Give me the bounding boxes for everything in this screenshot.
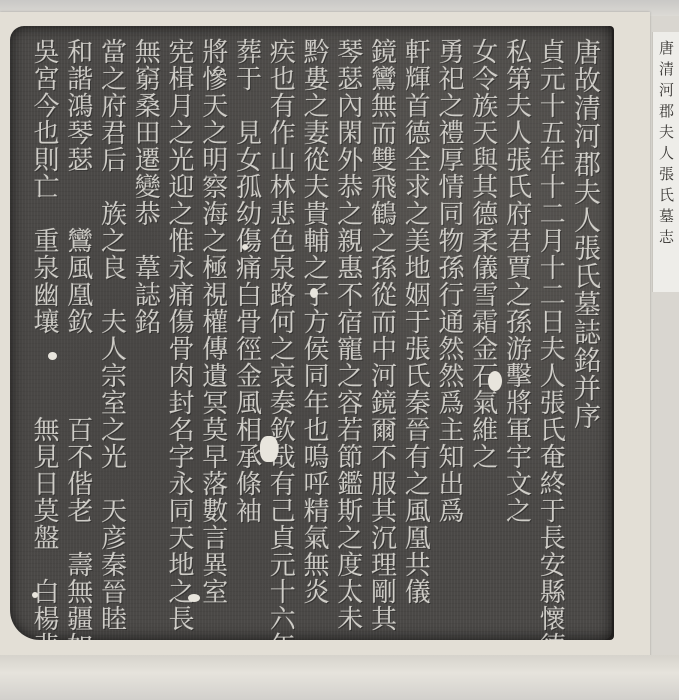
epitaph-inscription-column: 和諧鴻琴瑟 鸞風凰欽 百不偕老 壽無疆如何 xyxy=(64,38,92,630)
rubbing-blemish xyxy=(48,352,57,360)
epitaph-column: 勇祀之禮厚情同物孫行通然然爲主知出爲 xyxy=(435,38,463,630)
paper-bottom-fold xyxy=(0,655,679,700)
rubbing-blemish xyxy=(32,592,38,598)
rubbing-blemish xyxy=(310,288,318,298)
epitaph-column: 黔婁之妻從夫貴輔之子方侯同年也嗚呼精氣無炎 xyxy=(300,38,328,630)
epitaph-column: 貞元十五年十二月十二日夫人張氏奄終于長安縣懷德里之 xyxy=(536,38,564,630)
rubbing-blemish xyxy=(188,594,200,602)
rubbing-blemish xyxy=(260,436,278,462)
epitaph-column: 琴瑟內閑外恭之親惠不宿寵之容若節鑑斯之度太未 xyxy=(334,38,362,630)
handwritten-label: 唐清河郡夫人張氏墓志 xyxy=(657,40,675,250)
epitaph-inscription-column: 吳宮今也則亡 重泉幽壤 無見日莫盤 白楊悲風起 xyxy=(30,38,58,630)
epitaph-title-column: 唐故清河郡夫人張氏墓誌銘并序 xyxy=(570,38,598,630)
epitaph-column: 疾也有作山林悲色泉路何之哀奏欽哉有己貞元十六年 xyxy=(266,38,294,630)
rubbing-blemish xyxy=(242,244,248,250)
epitaph-column: 鏡鸞無而雙飛鶴之孫從而中河鏡爾不服其沉理剛其 xyxy=(368,38,396,630)
epitaph-column: 宪楫月之光迎之惟永痛傷骨肉封名字永同天地之長 xyxy=(165,38,193,630)
rubbing-blemish xyxy=(488,371,502,391)
epitaph-column: 葬于 見女孤幼傷痛白骨徑金風相承條袖 xyxy=(233,38,261,630)
epitaph-column: 無窮桑田遷變恭 葦誌銘 xyxy=(131,38,159,630)
epitaph-text-columns: 唐故清河郡夫人張氏墓誌銘并序 貞元十五年十二月十二日夫人張氏奄終于長安縣懷德里之… xyxy=(30,38,598,630)
epitaph-rubbing: 唐故清河郡夫人張氏墓誌銘并序 貞元十五年十二月十二日夫人張氏奄終于長安縣懷德里之… xyxy=(10,26,612,640)
epitaph-column: 軒輝首德全求之美地姻于張氏秦晉有之風凰共儀 xyxy=(401,38,429,630)
epitaph-inscription-column: 當之府君后 族之良 夫人宗室之光 天彦秦晉睦 xyxy=(98,38,126,630)
epitaph-column: 將慘天之明察海之極視權傳遺冥莫早落數言異室 xyxy=(199,38,227,630)
epitaph-column: 私第夫人張氏府君賈之孫游擊將軍宇文之 xyxy=(503,38,531,630)
epitaph-column: 女令族天與其德柔儀雪霜金石氣維之 xyxy=(469,38,497,630)
